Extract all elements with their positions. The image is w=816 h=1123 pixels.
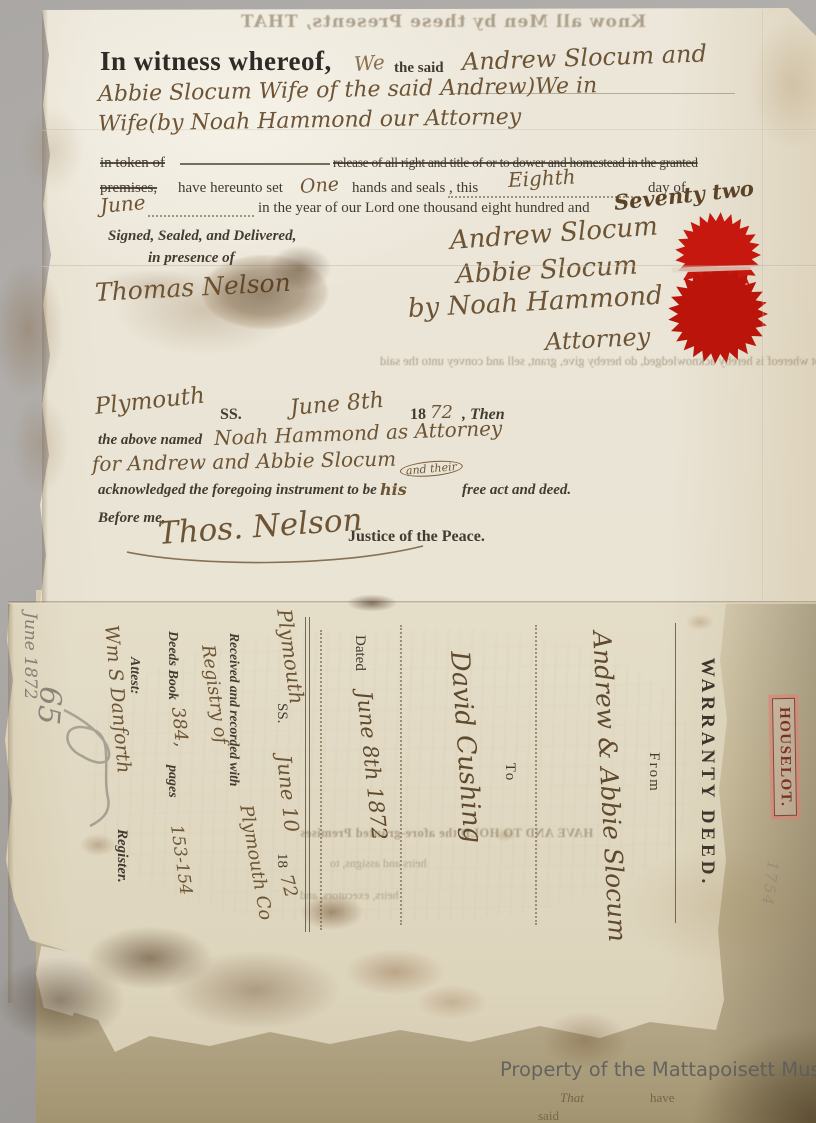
docket-rec-date: June 10 [272,754,304,834]
docket-to-label: To [501,605,518,940]
exec-presence: in presence of [148,250,235,267]
ack-above-named: the above named [98,432,202,449]
docket-grantee: David Cushing [444,650,487,844]
token-strike-blank [180,163,330,165]
docket-grantor-rule [535,625,537,925]
docket-rec-year-printed: 18 [273,853,290,868]
docket-received-label: Received and recorded with [226,633,242,786]
exec-signature-attorney: Attorney [544,323,651,356]
docket-deeds-book-label: Deeds Book [164,631,180,700]
witness-lead: In witness whereof, [100,46,332,77]
backing-print-said: said [538,1108,559,1123]
token-hands-seals: hands and seals , this [352,180,478,197]
bleed-receipt: the receipt whereof is hereby acknowledg… [380,354,816,369]
token-eighth: Eighth [507,164,576,192]
scanned-deed-page: lawfully seized in fee of the afore-gran… [0,0,816,1123]
token-leader-2 [148,215,254,217]
bleed-top-blackletter: Know all Men by these Presents, THAT [240,12,646,32]
docket-grantor: Andrew & Abbie Slocum [587,630,632,942]
docket-rec-ss: SS. [273,703,290,723]
token-leader-1 [448,196,640,198]
token-in-token-of: in token of [100,155,165,172]
museum-watermark: Property of the Mattapoisett Museum [500,1058,816,1081]
docket-rec-county: Plymouth [272,607,309,705]
docket-from-label: From [645,605,662,940]
ack-before-me: Before me, [98,510,165,527]
token-june: June [99,190,147,218]
seal-lower-icon [668,264,768,364]
docket-title-rule [675,623,676,923]
docket-register-label: Register. [113,829,130,883]
docket-dbl-rule-1 [309,617,310,932]
docket-dbl-rule-2 [305,617,306,932]
docket-attest-label: Attest: [126,657,142,694]
ack-instrument-line: acknowledged the foregoing instrument to… [98,482,377,499]
docket-registry-script1: Plymouth Co [235,803,276,922]
token-hereunto: have hereunto set [178,180,283,197]
ack-ss: SS. [220,406,242,424]
exec-signed: Signed, Sealed, and Delivered, [108,228,296,245]
token-one: One [299,173,340,198]
ack-free-act: free act and deed. [462,482,571,499]
docket-pages-no: 153-154 [166,824,196,897]
houselot-stamp: HOUSELOT. [772,698,797,817]
docket-dated-label: Dated [351,635,368,671]
docket-book-no: 384, [167,706,192,748]
backing-print-that: That [560,1090,584,1106]
docket-pages-label: pages [164,765,180,798]
docket-title: WARRANTY DEED. [696,605,718,940]
docket-dated-rule [320,630,322,930]
token-year-line: in the year of our Lord one thousand eig… [258,200,590,217]
pencil-margin-number: 65 [30,685,68,726]
houselot-stamp-wrap: HOUSELOT. [758,698,796,828]
backing-print-have: have [650,1090,675,1106]
docket-panel: WARRANTY DEED. From Andrew & Abbie Slocu… [60,605,720,940]
ack-his: his [380,480,407,499]
docket-rec-year-script: 72 [275,872,301,900]
docket-dated-value: June 8th 1872 [352,690,392,842]
witness-the-said: the said [394,60,444,77]
ack-justice-title: Justice of the Peace. [348,528,485,546]
docket-grantee-rule [400,625,402,925]
red-wax-seals [668,210,772,370]
witness-we: We [353,50,385,76]
pencil-margin-number-wrap: 65 [21,685,68,768]
